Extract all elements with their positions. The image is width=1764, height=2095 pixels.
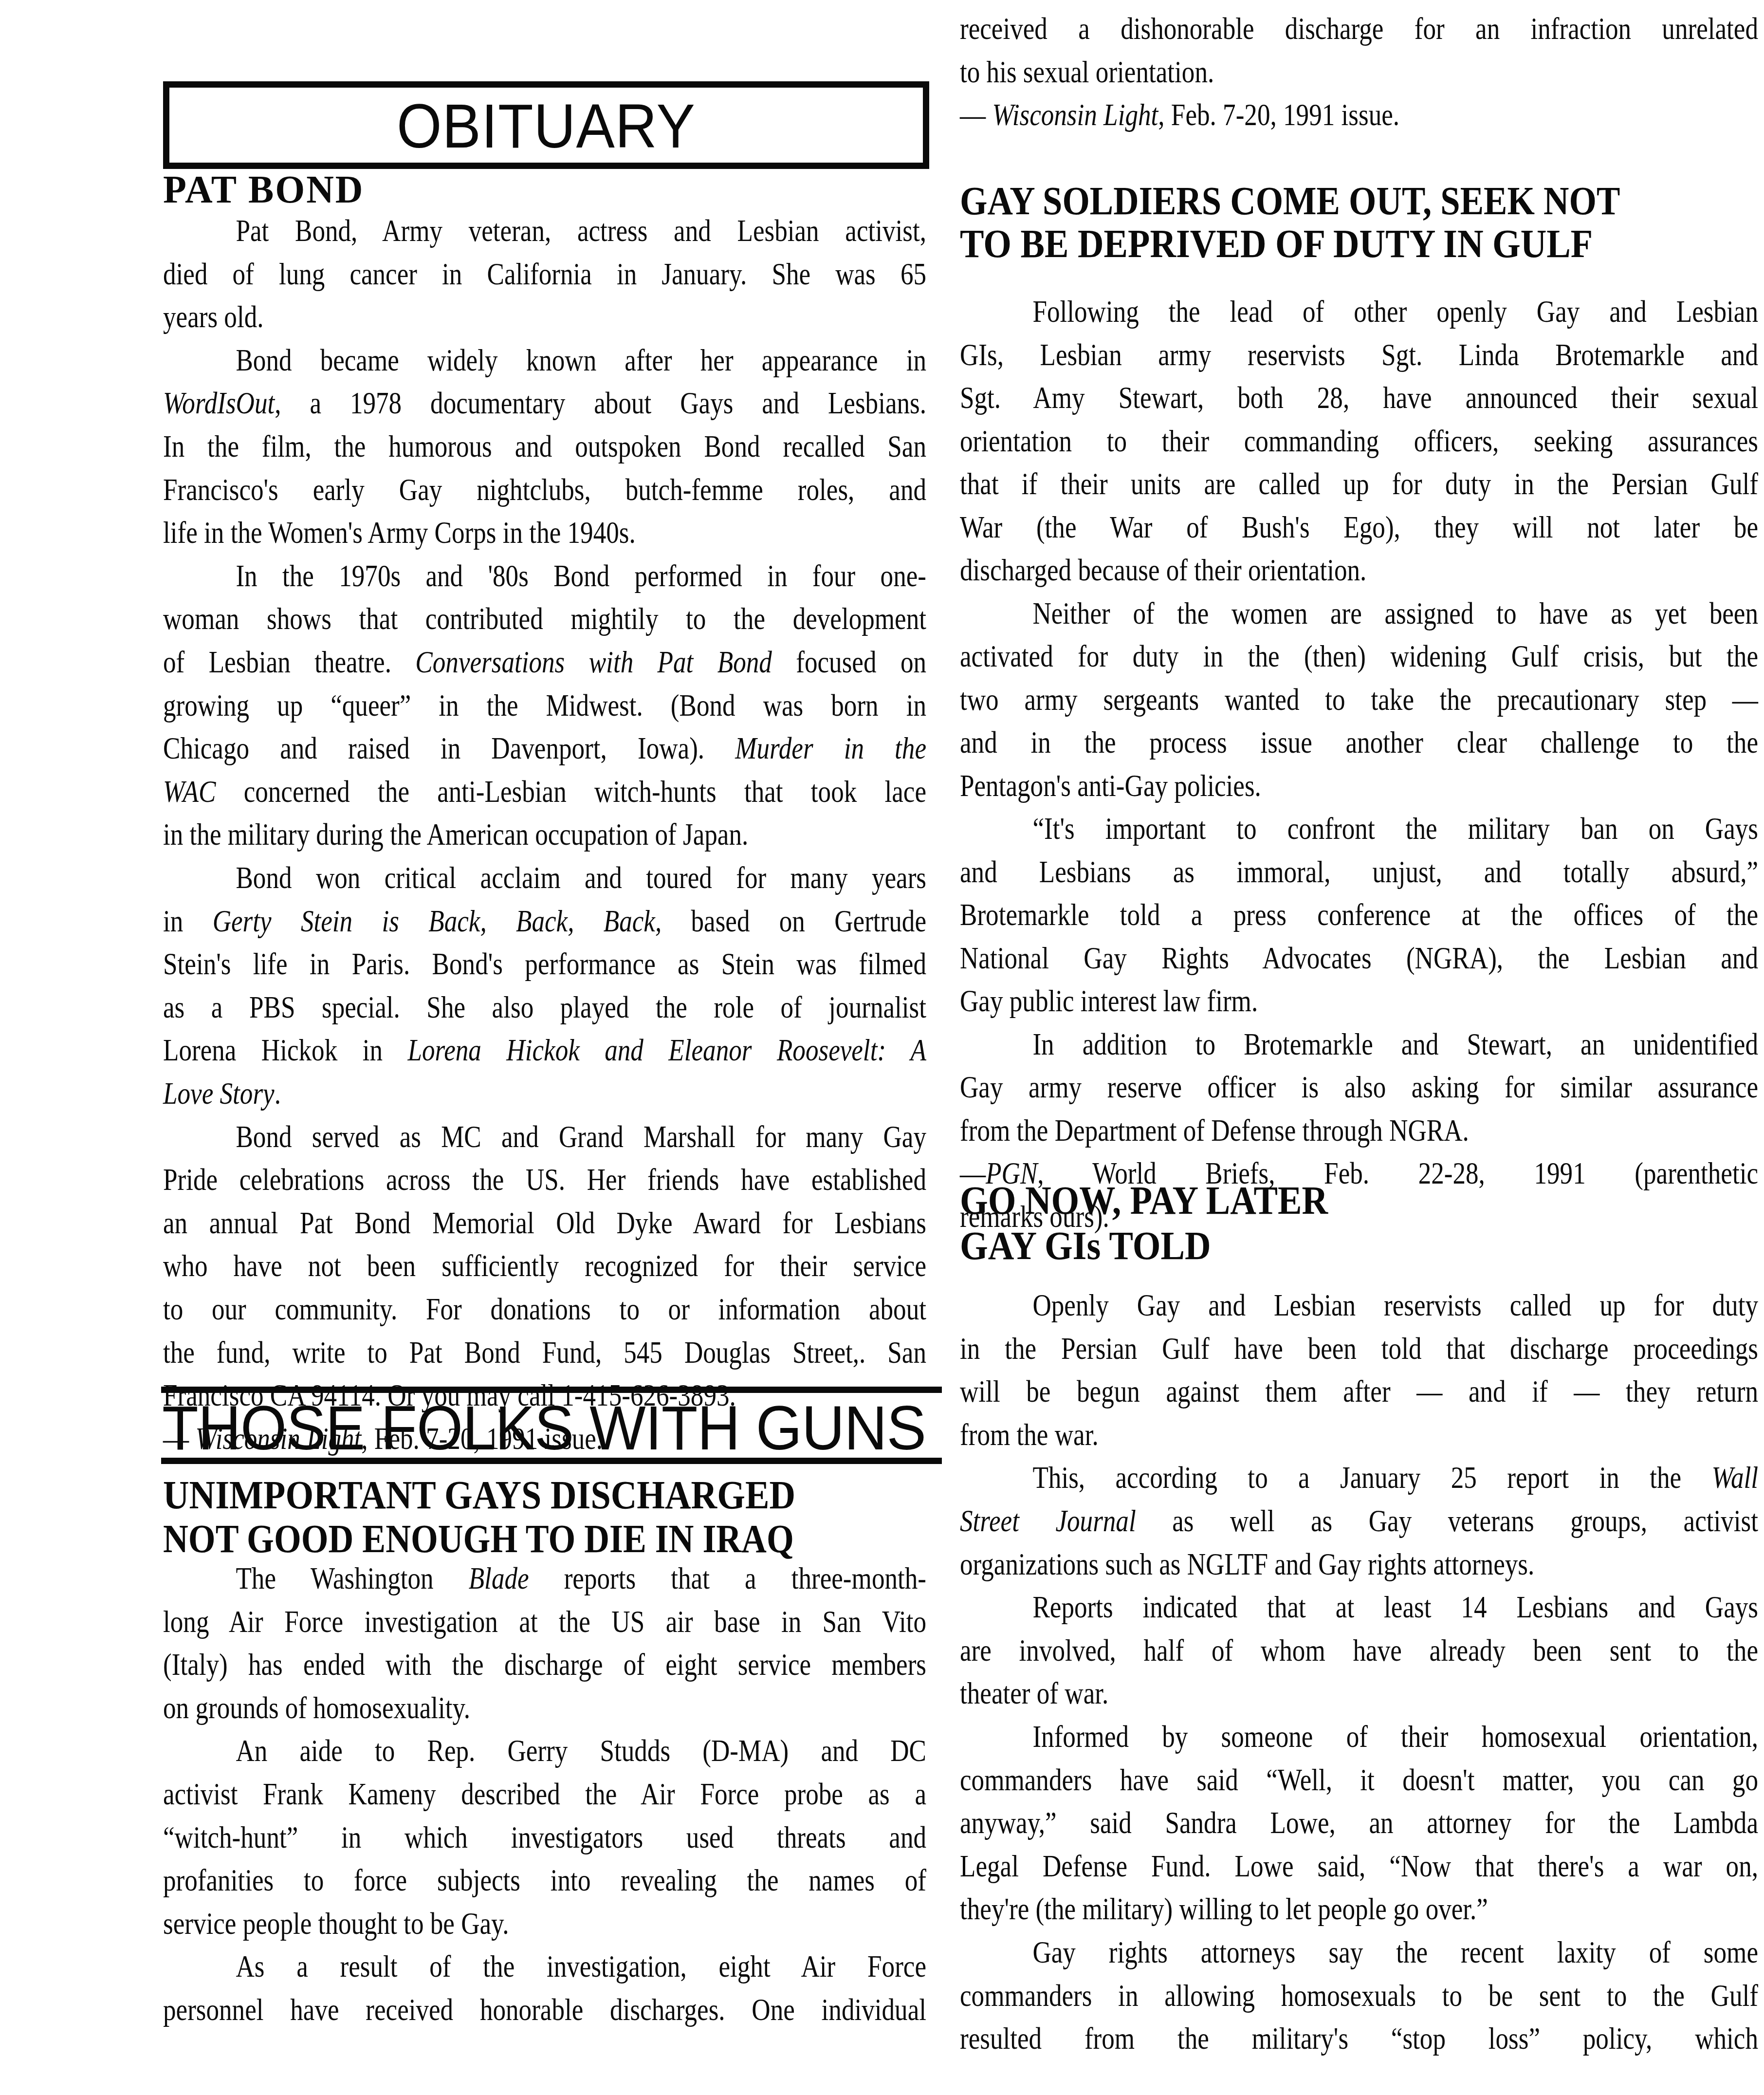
go-now-line: This, according to a January 25 report i… <box>960 1456 1758 1499</box>
go-now-line: Openly Gay and Lesbian reservists called… <box>960 1284 1758 1327</box>
pat-bond-line: Stein's life in Paris. Bond's performanc… <box>163 943 926 985</box>
guns-section-banner: THOSE FOLKS WITH GUNS <box>162 1397 907 1460</box>
pat-bond-line: died of lung cancer in California in Jan… <box>163 253 926 296</box>
obituary-section-title: OBITUARY <box>397 95 696 158</box>
gay-soldiers-line: that if their units are called up for du… <box>960 463 1758 505</box>
gay-soldiers-line: from the Department of Defense through N… <box>960 1109 1758 1152</box>
section-rule-top <box>161 1387 942 1393</box>
unimportant-gays-headline-line-2: NOT GOOD ENOUGH TO DIE IN IRAQ <box>163 1519 794 1559</box>
unimportant-gays-line: “witch-hunt” in which investigators used… <box>163 1816 926 1859</box>
pat-bond-line: an annual Pat Bond Memorial Old Dyke Awa… <box>163 1202 926 1244</box>
continued-line: — Wisconsin Light, Feb. 7-20, 1991 issue… <box>960 93 1758 136</box>
go-now-line: commanders in allowing homosexuals to be… <box>960 1974 1758 2017</box>
gay-soldiers-line: orientation to their commanding officers… <box>960 420 1758 463</box>
go-now-headline-line-1: GO NOW, PAY LATER <box>960 1181 1328 1221</box>
pat-bond-line: in the military during the American occu… <box>163 813 926 856</box>
unimportant-gays-line: service people thought to be Gay. <box>163 1902 926 1945</box>
gay-soldiers-line: two army sergeants wanted to take the pr… <box>960 678 1758 721</box>
gay-soldiers-line: Brotemarkle told a press conference at t… <box>960 893 1758 936</box>
gay-soldiers-line: National Gay Rights Advocates (NGRA), th… <box>960 937 1758 980</box>
go-now-line: Street Journal as well as Gay veterans g… <box>960 1500 1758 1542</box>
pat-bond-line: to our community. For donations to or in… <box>163 1288 926 1331</box>
continued-line: received a dishonorable discharge for an… <box>960 7 1758 50</box>
go-now-line: commanders have said “Well, it doesn't m… <box>960 1759 1758 1801</box>
unimportant-gays-line: long Air Force investigation at the US a… <box>163 1600 926 1643</box>
go-now-line: in the Persian Gulf have been told that … <box>960 1327 1758 1370</box>
gay-soldiers-line: GIs, Lesbian army reservists Sgt. Linda … <box>960 334 1758 376</box>
go-now-line: from the war. <box>960 1413 1758 1456</box>
unimportant-gays-line: on grounds of homosexuality. <box>163 1687 926 1729</box>
go-now-line: Informed by someone of their homosexual … <box>960 1715 1758 1758</box>
unimportant-gays-line: personnel have received honorable discha… <box>163 1988 926 2031</box>
italic-title: Blade <box>469 1561 529 1595</box>
gay-soldiers-headline-line-2: TO BE DEPRIVED OF DUTY IN GULF <box>960 224 1593 264</box>
unimportant-gays-line: (Italy) has ended with the discharge of … <box>163 1643 926 1686</box>
pat-bond-line: Chicago and raised in Davenport, Iowa). … <box>163 727 926 770</box>
pat-bond-line: Bond won critical acclaim and toured for… <box>163 856 926 899</box>
gay-soldiers-line: Neither of the women are assigned to hav… <box>960 592 1758 635</box>
go-now-line: theater of war. <box>960 1672 1758 1715</box>
gay-soldiers-line: In addition to Brotemarkle and Stewart, … <box>960 1023 1758 1066</box>
unimportant-gays-line: The Washington Blade reports that a thre… <box>163 1557 926 1600</box>
italic-title: Gerty Stein is Back, Back, Back, <box>213 904 662 938</box>
go-now-line: Gay rights attorneys say the recent laxi… <box>960 1931 1758 1974</box>
gay-soldiers-line: War (the War of Bush's Ego), they will n… <box>960 506 1758 549</box>
gay-soldiers-line: activated for duty in the (then) widenin… <box>960 635 1758 678</box>
pat-bond-line: Lorena Hickok in Lorena Hickok and Elean… <box>163 1029 926 1072</box>
pat-bond-line: in Gerty Stein is Back, Back, Back, base… <box>163 900 926 943</box>
gay-soldiers-line: and Lesbians as immoral, unjust, and tot… <box>960 851 1758 893</box>
gay-soldiers-line: Sgt. Amy Stewart, both 28, have announce… <box>960 376 1758 419</box>
pat-bond-line: years old. <box>163 296 926 338</box>
pat-bond-line: Love Story. <box>163 1072 926 1115</box>
go-now-line: organizations such as NGLTF and Gay righ… <box>960 1543 1758 1586</box>
continued-line: to his sexual orientation. <box>960 51 1758 93</box>
italic-title: Wisconsin Light <box>992 97 1158 132</box>
gay-soldiers-line: “It's important to confront the military… <box>960 807 1758 850</box>
gay-soldiers-line: Gay public interest law firm. <box>960 980 1758 1022</box>
pat-bond-line: of Lesbian theatre. Conversations with P… <box>163 641 926 684</box>
pat-bond-line: Pat Bond, Army veteran, actress and Lesb… <box>163 209 926 252</box>
gay-soldiers-line: Gay army reserve officer is also asking … <box>960 1066 1758 1109</box>
gay-soldiers-line: Pentagon's anti-Gay policies. <box>960 764 1758 807</box>
italic-title: Wall <box>1712 1460 1758 1495</box>
pat-bond-headline: PAT BOND <box>163 170 364 209</box>
unimportant-gays-line: As a result of the investigation, eight … <box>163 1945 926 1988</box>
obituary-section-box: OBITUARY <box>163 81 929 169</box>
go-now-line: resulted from the military's “stop loss”… <box>960 2017 1758 2060</box>
italic-title: Lorena Hickok and Eleanor Roosevelt: A <box>407 1033 926 1067</box>
pat-bond-line: Francisco's early Gay nightclubs, butch-… <box>163 468 926 511</box>
gay-soldiers-headline-line-1: GAY SOLDIERS COME OUT, SEEK NOT <box>960 181 1620 221</box>
gay-soldiers-line: discharged because of their orientation. <box>960 549 1758 592</box>
right-column-clip: received a dishonorable discharge for an… <box>954 0 1764 2095</box>
pat-bond-line: life in the Women's Army Corps in the 19… <box>163 511 926 554</box>
pat-bond-line: woman shows that contributed mightily to… <box>163 597 926 640</box>
newsletter-page: OBITUARY PAT BOND Pat Bond, Army veteran… <box>0 0 1764 2095</box>
go-now-headline-line-2: GAY GIs TOLD <box>960 1226 1211 1266</box>
go-now-line: are involved, half of whom have already … <box>960 1629 1758 1672</box>
gay-soldiers-line: and in the process issue another clear c… <box>960 721 1758 764</box>
go-now-line: will be begun against them after — and i… <box>960 1370 1758 1413</box>
section-rule-bottom <box>161 1458 942 1464</box>
go-now-line: Legal Defense Fund. Lowe said, “Now that… <box>960 1845 1758 1888</box>
italic-title: WordIsOut <box>163 386 275 420</box>
unimportant-gays-headline-line-1: UNIMPORTANT GAYS DISCHARGED <box>163 1475 795 1515</box>
pat-bond-line: growing up “queer” in the Midwest. (Bond… <box>163 684 926 727</box>
go-now-line: Reports indicated that at least 14 Lesbi… <box>960 1586 1758 1629</box>
pat-bond-line: Bond became widely known after her appea… <box>163 339 926 382</box>
pat-bond-line: the fund, write to Pat Bond Fund, 545 Do… <box>163 1331 926 1374</box>
unimportant-gays-line: profanities to force subjects into revea… <box>163 1859 926 1902</box>
italic-title: Murder in the <box>735 731 926 765</box>
italic-title: WAC <box>163 774 216 809</box>
unimportant-gays-line: An aide to Rep. Gerry Studds (D-MA) and … <box>163 1729 926 1772</box>
italic-title: Love Story <box>163 1076 275 1111</box>
gay-soldiers-line: Following the lead of other openly Gay a… <box>960 290 1758 333</box>
italic-title: Street Journal <box>960 1503 1136 1538</box>
pat-bond-line: WAC concerned the anti-Lesbian witch-hun… <box>163 770 926 813</box>
pat-bond-line: In the 1970s and '80s Bond performed in … <box>163 555 926 597</box>
unimportant-gays-line: activist Frank Kameny described the Air … <box>163 1773 926 1816</box>
pat-bond-line: WordIsOut, a 1978 documentary about Gays… <box>163 382 926 425</box>
pat-bond-line: Pride celebrations across the US. Her fr… <box>163 1158 926 1201</box>
go-now-line: anyway,” said Sandra Lowe, an attorney f… <box>960 1801 1758 1844</box>
pat-bond-line: as a PBS special. She also played the ro… <box>163 986 926 1029</box>
pat-bond-line: Bond served as MC and Grand Marshall for… <box>163 1115 926 1158</box>
go-now-line: they're (the military) willing to let pe… <box>960 1888 1758 1930</box>
pat-bond-line: who have not been sufficiently recognize… <box>163 1244 926 1287</box>
pat-bond-line: In the film, the humorous and outspoken … <box>163 425 926 468</box>
italic-title: Conversations with Pat Bond <box>415 645 772 679</box>
